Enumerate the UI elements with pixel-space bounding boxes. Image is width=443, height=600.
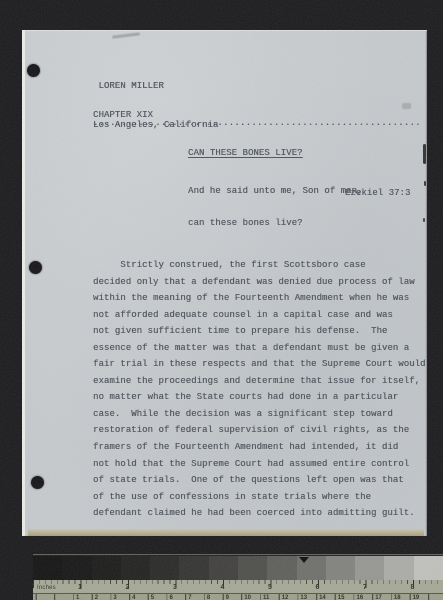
- author-block: LOREN MILLER Los Angeles, California: [93, 54, 218, 158]
- gray-step: [414, 556, 443, 580]
- body-line: restoration of federal supervision of ci…: [93, 422, 426, 439]
- cm-number: 19: [413, 595, 420, 600]
- cm-number: 1: [76, 595, 79, 600]
- gray-step: [326, 556, 355, 580]
- epigraph-line: And he said unto me, Son of man,: [188, 186, 362, 197]
- body-line: of the use of confessions in state trial…: [93, 489, 426, 506]
- gray-step: [33, 556, 62, 580]
- body-line: Strictly construed, the first Scottsboro…: [93, 257, 426, 274]
- body-line: not afforded adequate counsel in a capit…: [93, 307, 426, 324]
- cm-number: 10: [244, 595, 251, 600]
- cm-number: 2: [95, 595, 98, 600]
- cm-number: 12: [282, 595, 289, 600]
- cm-number: 7: [188, 595, 191, 600]
- scanned-document-photo: { "page": { "author_name": " LOREN MILLE…: [0, 0, 443, 600]
- inch-number: 5: [268, 584, 272, 591]
- gray-step: [238, 556, 267, 580]
- right-edge-speck: [423, 218, 425, 222]
- body-line: fair trial in these respects and that th…: [93, 356, 426, 373]
- epigraph-citation: Ezekiel 37:3: [345, 188, 410, 199]
- manuscript-page: LOREN MILLER Los Angeles, California CHA…: [22, 30, 427, 536]
- cm-number: 16: [357, 595, 364, 600]
- inch-number: 6: [316, 584, 320, 591]
- body-line: defendant claimed he had been coerced in…: [93, 505, 426, 522]
- inch-number: 1: [78, 584, 82, 591]
- right-edge-streak: [423, 144, 426, 164]
- cm-number: 5: [151, 595, 154, 600]
- inch-number: 3: [173, 584, 177, 591]
- gray-step: [267, 556, 296, 580]
- centimeter-ruler: 12345678910111213141516171819: [33, 594, 443, 600]
- punch-hole: [31, 476, 44, 489]
- body-line: no matter what the State courts had done…: [93, 389, 426, 406]
- gray-step: [209, 556, 238, 580]
- cm-number: 8: [207, 595, 210, 600]
- cm-number: 4: [132, 595, 135, 600]
- inch-number: 2: [126, 584, 130, 591]
- cm-number: 11: [263, 595, 269, 600]
- gray-step: [179, 556, 208, 580]
- gray-step: [355, 556, 384, 580]
- gray-step: [121, 556, 150, 580]
- body-line: framers of the Fourteenth Amendment had …: [93, 439, 426, 456]
- body-line: of state trials. One of the questions le…: [93, 472, 426, 489]
- gray-step: [384, 556, 413, 580]
- wedge-marker-triangle: [299, 557, 309, 563]
- ruler-unit-label: Inches: [37, 585, 56, 591]
- body-line: examine the proceedings and determine th…: [93, 373, 426, 390]
- gray-step: [150, 556, 179, 580]
- body-line: not hold that the Supreme Court had assu…: [93, 456, 426, 473]
- inch-number: 8: [411, 584, 415, 591]
- body-line: essence of the matter was that a defenda…: [93, 340, 426, 357]
- chapter-divider-dots: ........................................…: [93, 118, 421, 129]
- punch-hole: [29, 261, 42, 274]
- faint-margin-mark: [402, 103, 411, 109]
- punch-hole: [27, 64, 40, 77]
- underlying-sheet-edge: [28, 529, 424, 536]
- pencil-smudge-mark: [112, 32, 140, 38]
- cm-number: 13: [300, 595, 307, 600]
- inch-number: 7: [363, 584, 367, 591]
- cm-number: 18: [394, 595, 401, 600]
- cm-number: 14: [319, 595, 326, 600]
- inch-number: 4: [221, 584, 225, 591]
- right-edge-speck: [424, 181, 426, 186]
- author-name: LOREN MILLER: [93, 80, 218, 93]
- body-paragraph: Strictly construed, the first Scottsboro…: [93, 227, 426, 522]
- body-line: within the meaning of the Fourteenth Ame…: [93, 290, 426, 307]
- chapter-title: CAN THESE BONES LIVE?: [188, 148, 302, 159]
- cm-number: 9: [226, 595, 229, 600]
- body-line: decided only that a defendant was denied…: [93, 274, 426, 291]
- cm-number: 6: [170, 595, 173, 600]
- gray-step: [62, 556, 91, 580]
- gray-step: [92, 556, 121, 580]
- cm-number: 15: [338, 595, 345, 600]
- cm-number: 3: [113, 595, 116, 600]
- cm-number: 17: [375, 595, 382, 600]
- inch-ruler: Inches 12345678: [33, 580, 443, 594]
- body-line: not given sufficient time to prepare his…: [93, 323, 426, 340]
- body-line: case. While the decision was a significa…: [93, 406, 426, 423]
- calibration-target: Inches 12345678 123456789101112131415161…: [33, 554, 443, 600]
- grayscale-step-wedge: [33, 556, 443, 580]
